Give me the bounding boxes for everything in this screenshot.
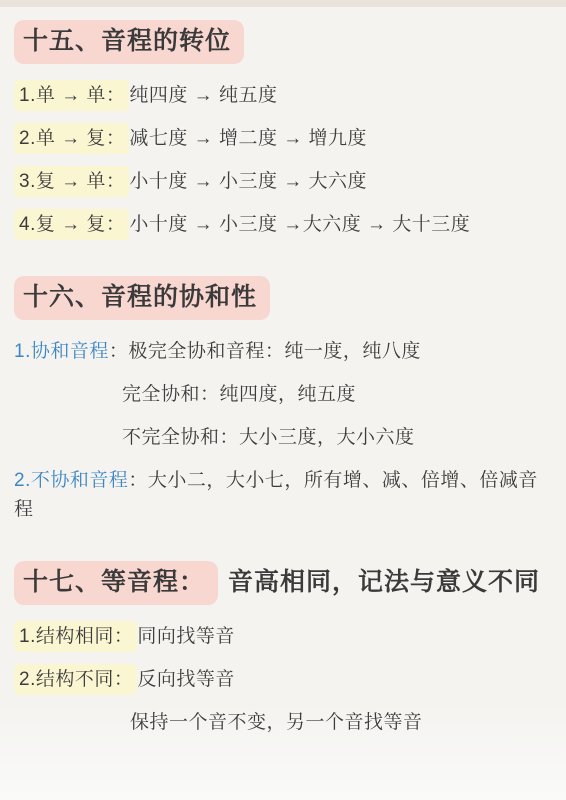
line-text: 小十度 → 小三度 → 大六度	[129, 171, 367, 192]
note-line: 1.单 → 单：纯四度 → 纯五度	[14, 81, 556, 110]
section-interval-consonance: 十六、音程的协和性 1.协和音程：极完全协和音程：纯一度，纯八度 完全协和：纯四…	[14, 276, 556, 524]
note-line: 1.协和音程：极完全协和音程：纯一度，纯八度	[14, 337, 556, 366]
note-line: 4.复 → 复：小十度 → 小三度 →大六度 → 大十三度	[14, 210, 556, 239]
section-heading: 十七、等音程：音高相同，记法与意义不同	[14, 561, 556, 605]
term-blue: 1.协和音程	[14, 341, 109, 362]
term-highlight: 2.结构不同：	[14, 664, 137, 695]
line-text: 不完全协和：大小三度，大小六度	[122, 427, 415, 448]
term-blue: 2.不协和音程	[14, 470, 128, 491]
term-highlight: 3.复 → 单：	[14, 166, 129, 197]
line-text: 完全协和：纯四度，纯五度	[122, 384, 356, 405]
section-heading: 十六、音程的协和性	[14, 276, 556, 320]
section-title-highlight: 十六、音程的协和性	[14, 276, 270, 320]
section-interval-inversion: 十五、音程的转位 1.单 → 单：纯四度 → 纯五度 2.单 → 复：减七度 →…	[14, 20, 556, 239]
term-highlight: 1.结构相同：	[14, 621, 137, 652]
line-text: 纯四度 → 纯五度	[129, 85, 277, 106]
term-highlight: 2.单 → 复：	[14, 123, 129, 154]
top-edge-strip	[0, 0, 566, 7]
notes-page: 十五、音程的转位 1.单 → 单：纯四度 → 纯五度 2.单 → 复：减七度 →…	[0, 0, 566, 800]
section-heading: 十五、音程的转位	[14, 20, 556, 64]
note-line: 1.结构相同：同向找等音	[14, 622, 556, 651]
line-text: ：极完全协和音程：纯一度，纯八度	[109, 341, 421, 362]
note-line: 3.复 → 单：小十度 → 小三度 → 大六度	[14, 167, 556, 196]
section-title-suffix: 音高相同，记法与意义不同	[228, 568, 540, 596]
line-text: 小十度 → 小三度 →大六度 → 大十三度	[129, 214, 470, 235]
section-title-highlight: 十五、音程的转位	[14, 20, 244, 64]
note-line-indented: 完全协和：纯四度，纯五度	[14, 380, 556, 409]
note-line: 2.结构不同：反向找等音	[14, 665, 556, 694]
note-line-indented: 不完全协和：大小三度，大小六度	[14, 423, 556, 452]
section-enharmonic-intervals: 十七、等音程：音高相同，记法与意义不同 1.结构相同：同向找等音 2.结构不同：…	[14, 561, 556, 737]
note-line: 2.单 → 复：减七度 → 增二度 → 增九度	[14, 124, 556, 153]
term-highlight: 1.单 → 单：	[14, 80, 129, 111]
line-text: 减七度 → 增二度 → 增九度	[129, 128, 367, 149]
line-text: 同向找等音	[137, 626, 235, 647]
line-text: 反向找等音	[137, 669, 235, 690]
term-highlight: 4.复 → 复：	[14, 209, 129, 240]
section-title-highlight: 十七、等音程：	[14, 561, 218, 605]
note-line-indented: 保持一个音不变，另一个音找等音	[14, 708, 556, 737]
note-line: 2.不协和音程：大小二，大小七，所有增、减、倍增、倍减音程	[14, 466, 556, 524]
line-text: 保持一个音不变，另一个音找等音	[130, 712, 423, 733]
